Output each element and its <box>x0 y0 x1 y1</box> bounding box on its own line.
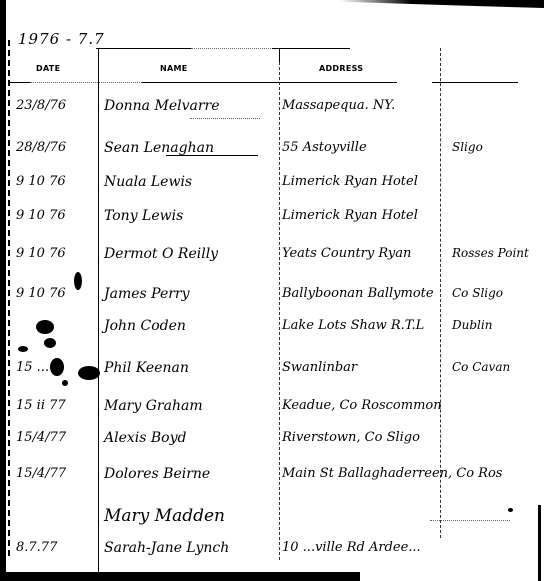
ink-speck <box>508 508 513 512</box>
scan-border-right <box>538 505 541 581</box>
entry-extra: Dublin <box>452 318 492 332</box>
ink-blot <box>74 272 82 290</box>
header-rule-bottom-d <box>432 82 518 83</box>
header-rule-top-right <box>272 48 350 49</box>
header-rule-bottom-a <box>8 82 30 83</box>
column-header-address: ADDRESS <box>319 64 363 73</box>
name-underline <box>190 118 260 119</box>
entry-address: Yeats Country Ryan <box>282 246 411 261</box>
scan-border-left <box>0 0 6 581</box>
entry-extra: Co Sligo <box>452 286 503 300</box>
column-divider-name-address <box>279 62 280 560</box>
scan-border-top <box>340 0 544 8</box>
entry-date: 23/8/76 <box>16 98 96 113</box>
ink-blot <box>44 338 56 348</box>
entry-name: John Coden <box>104 318 186 334</box>
entry-name: Sarah-Jane Lynch <box>104 540 229 556</box>
name-underline <box>166 155 258 156</box>
entry-extra: Sligo <box>452 140 483 154</box>
entry-address: Limerick Ryan Hotel <box>282 208 418 223</box>
header-rule-bottom-c <box>142 82 397 83</box>
entry-date: 15 ii 77 <box>16 398 96 413</box>
entry-name: Tony Lewis <box>104 208 183 224</box>
entry-date: 9 10 76 <box>16 246 96 261</box>
entry-address: 55 Astoyville <box>282 140 367 155</box>
header-rule-top <box>96 48 191 49</box>
column-header-date: DATE <box>36 64 60 73</box>
entry-address: Main St Ballaghaderreen, Co Ros <box>282 466 502 481</box>
entry-date: 28/8/76 <box>16 140 96 155</box>
entry-name: Dolores Beirne <box>104 466 210 482</box>
entry-address: 10 ...ville Rd Ardee... <box>282 540 421 555</box>
ink-blot <box>62 380 68 386</box>
entry-name: Mary Graham <box>104 398 203 414</box>
entry-address: Keadue, Co Roscommon <box>282 398 442 413</box>
entry-address: Lake Lots Shaw R.T.L <box>282 318 424 333</box>
header-rule-bottom-b <box>30 82 142 83</box>
ink-blot <box>50 358 64 376</box>
entry-name: Phil Keenan <box>104 360 189 376</box>
entry-address: Swanlinbar <box>282 360 357 375</box>
entry-name: Nuala Lewis <box>104 174 192 190</box>
entry-date: 15/4/77 <box>16 466 96 481</box>
scan-border-left-dashed <box>8 40 10 560</box>
header-rule-top-dotted <box>191 48 271 49</box>
entry-extra: Rosses Point <box>452 246 529 260</box>
entry-name: Alexis Boyd <box>104 430 186 446</box>
column-divider-name-address-top <box>279 48 280 62</box>
entry-address: Massapequa. NY. <box>282 98 395 113</box>
scan-border-bottom <box>0 572 360 581</box>
entry-address: Limerick Ryan Hotel <box>282 174 418 189</box>
entry-date: 9 10 76 <box>16 286 96 301</box>
column-header-name: NAME <box>160 64 188 73</box>
entry-name: Sean Lenaghan <box>104 140 214 156</box>
column-divider-date-name <box>98 48 99 573</box>
entry-name: Dermot O Reilly <box>104 246 218 262</box>
register-year: 1976 - 7.7 <box>18 30 105 48</box>
entry-address: Ballyboonan Ballymote <box>282 286 434 301</box>
ink-blot <box>18 346 28 352</box>
column-divider-address-extra <box>440 48 441 538</box>
entry-address: Riverstown, Co Sligo <box>282 430 420 445</box>
ink-blot <box>36 320 54 334</box>
entry-date: 8.7.77 <box>16 540 96 555</box>
entry-extra: Co Cavan <box>452 360 510 374</box>
extra-rule <box>430 520 510 521</box>
entry-name: James Perry <box>104 286 190 302</box>
entry-date: 9 10 76 <box>16 208 96 223</box>
entry-date: 9 10 76 <box>16 174 96 189</box>
entry-date: 15/4/77 <box>16 430 96 445</box>
entry-name: Donna Melvarre <box>104 98 220 114</box>
entry-name: Mary Madden <box>104 506 225 526</box>
ink-blot <box>78 366 100 380</box>
guest-register-page: 1976 - 7.7 DATE NAME ADDRESS 23/8/76Donn… <box>0 0 544 581</box>
